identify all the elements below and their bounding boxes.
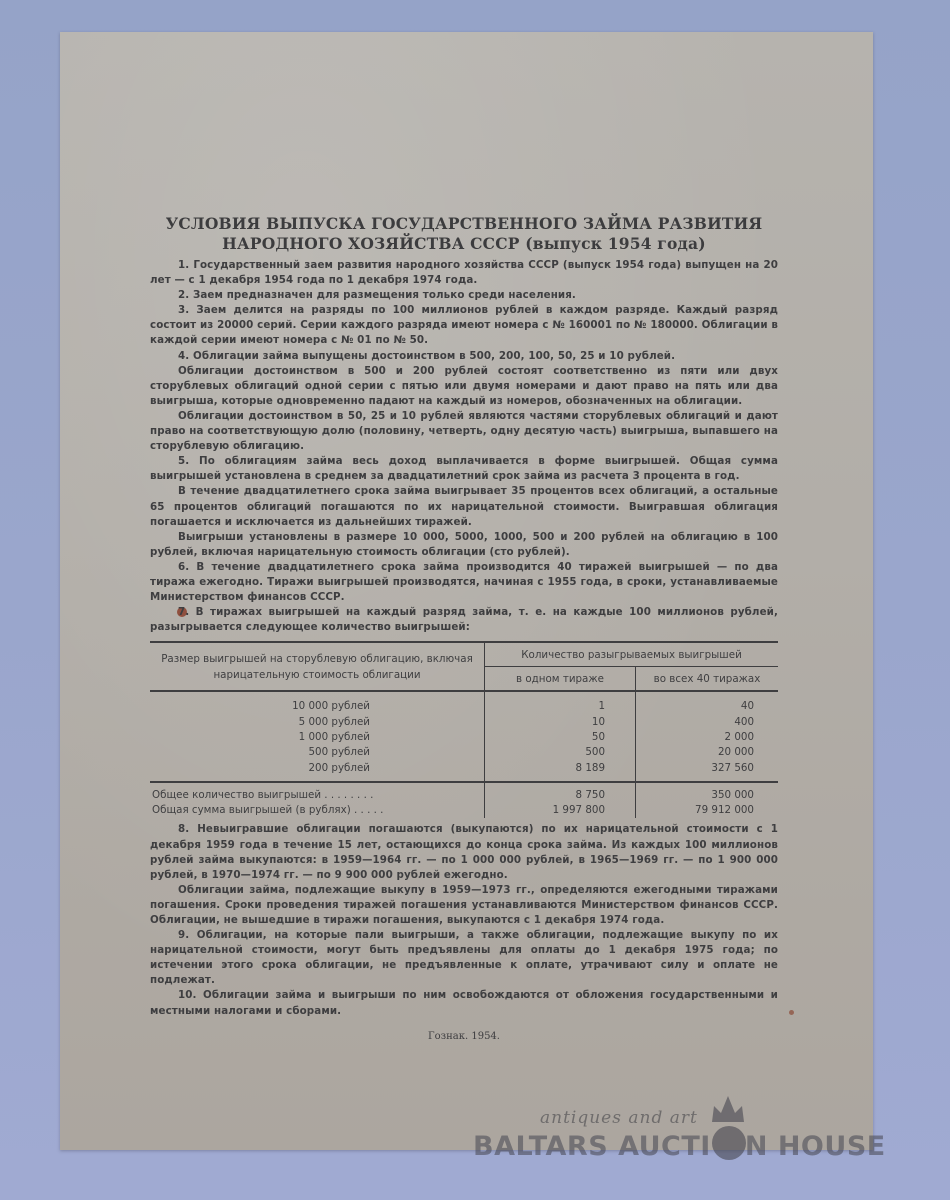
paragraph: 10. Облигации займа и выигрыши по ним ос…: [150, 988, 778, 1018]
rust-stain-small: [789, 1010, 794, 1015]
paragraph: Облигации займа, подлежащие выкупу в 195…: [150, 883, 778, 928]
paragraph: 7. В тиражах выигрышей на каждый разряд …: [150, 605, 778, 635]
per-draw-cell: 1 997 800: [485, 803, 636, 818]
paragraphs-before-table: 1. Государственный заем развития народно…: [150, 258, 778, 635]
paragraph: 1. Государственный заем развития народно…: [150, 258, 778, 288]
prize-size-cell: 500 рублей: [150, 745, 485, 760]
total-label-cell: Общее количество выигрышей . . . . . . .…: [150, 782, 485, 803]
all-draws-cell: 327 560: [636, 761, 779, 782]
document-title: УСЛОВИЯ ВЫПУСКА ГОСУДАРСТВЕННОГО ЗАЙМА Р…: [150, 214, 778, 254]
prize-size-cell: 1 000 рублей: [150, 730, 485, 745]
prize-size-cell: 200 рублей: [150, 761, 485, 782]
totals-row: Общая сумма выигрышей (в рублях) . . . .…: [150, 803, 778, 818]
prize-size-cell: 10 000 рублей: [150, 691, 485, 714]
table-row: 200 рублей8 189327 560: [150, 761, 778, 782]
prize-totals: Общее количество выигрышей . . . . . . .…: [150, 782, 778, 819]
paragraph: В течение двадцатилетнего срока займа вы…: [150, 484, 778, 529]
table-row: 1 000 рублей502 000: [150, 730, 778, 745]
paragraph: 4. Облигации займа выпущены достоинством…: [150, 349, 778, 364]
per-draw-cell: 50: [485, 730, 636, 745]
printer-imprint: Гознак. 1954.: [150, 1031, 778, 1042]
table-row: 5 000 рублей10400: [150, 715, 778, 730]
paragraph: Облигации достоинством в 50, 25 и 10 руб…: [150, 409, 778, 454]
header-prize-count: Количество разыгрываемых выигрышей: [485, 642, 779, 667]
paragraph: 2. Заем предназначен для размещения толь…: [150, 288, 778, 303]
prize-rows: 10 000 рублей1405 000 рублей104001 000 р…: [150, 691, 778, 781]
title-line-1: УСЛОВИЯ ВЫПУСКА ГОСУДАРСТВЕННОГО ЗАЙМА Р…: [150, 214, 778, 234]
paragraph: 5. По облигациям займа весь доход выплач…: [150, 454, 778, 484]
paragraph: Выигрыши установлены в размере 10 000, 5…: [150, 530, 778, 560]
paragraph: 9. Облигации, на которые пали выигрыши, …: [150, 928, 778, 988]
prize-table: Размер выигрышей на сторублевую облигаци…: [150, 641, 778, 818]
per-draw-cell: 8 750: [485, 782, 636, 803]
header-prize-size: Размер выигрышей на сторублевую облигаци…: [150, 642, 485, 691]
per-draw-cell: 8 189: [485, 761, 636, 782]
paragraph: 8. Невыигравшие облигации погашаются (вы…: [150, 822, 778, 882]
per-draw-cell: 10: [485, 715, 636, 730]
all-draws-cell: 79 912 000: [636, 803, 779, 818]
header-per-draw: в одном тираже: [485, 667, 636, 692]
paragraph: 3. Заем делится на разряды по 100 миллио…: [150, 303, 778, 348]
total-label-cell: Общая сумма выигрышей (в рублях) . . . .…: [150, 803, 485, 818]
per-draw-cell: 500: [485, 745, 636, 760]
all-draws-cell: 2 000: [636, 730, 779, 745]
paragraphs-after-table: 8. Невыигравшие облигации погашаются (вы…: [150, 822, 778, 1018]
totals-row: Общее количество выигрышей . . . . . . .…: [150, 782, 778, 803]
document-body: УСЛОВИЯ ВЫПУСКА ГОСУДАРСТВЕННОГО ЗАЙМА Р…: [150, 214, 778, 1042]
title-line-2: НАРОДНОГО ХОЗЯЙСТВА СССР (выпуск 1954 го…: [150, 234, 778, 254]
header-all-draws: во всех 40 тиражах: [636, 667, 779, 692]
paragraph: 6. В течение двадцатилетнего срока займа…: [150, 560, 778, 605]
all-draws-cell: 350 000: [636, 782, 779, 803]
all-draws-cell: 20 000: [636, 745, 779, 760]
table-row: 500 рублей50020 000: [150, 745, 778, 760]
paragraph: Облигации достоинством в 500 и 200 рубле…: [150, 364, 778, 409]
per-draw-cell: 1: [485, 691, 636, 714]
all-draws-cell: 40: [636, 691, 779, 714]
table-row: 10 000 рублей140: [150, 691, 778, 714]
prize-size-cell: 5 000 рублей: [150, 715, 485, 730]
all-draws-cell: 400: [636, 715, 779, 730]
